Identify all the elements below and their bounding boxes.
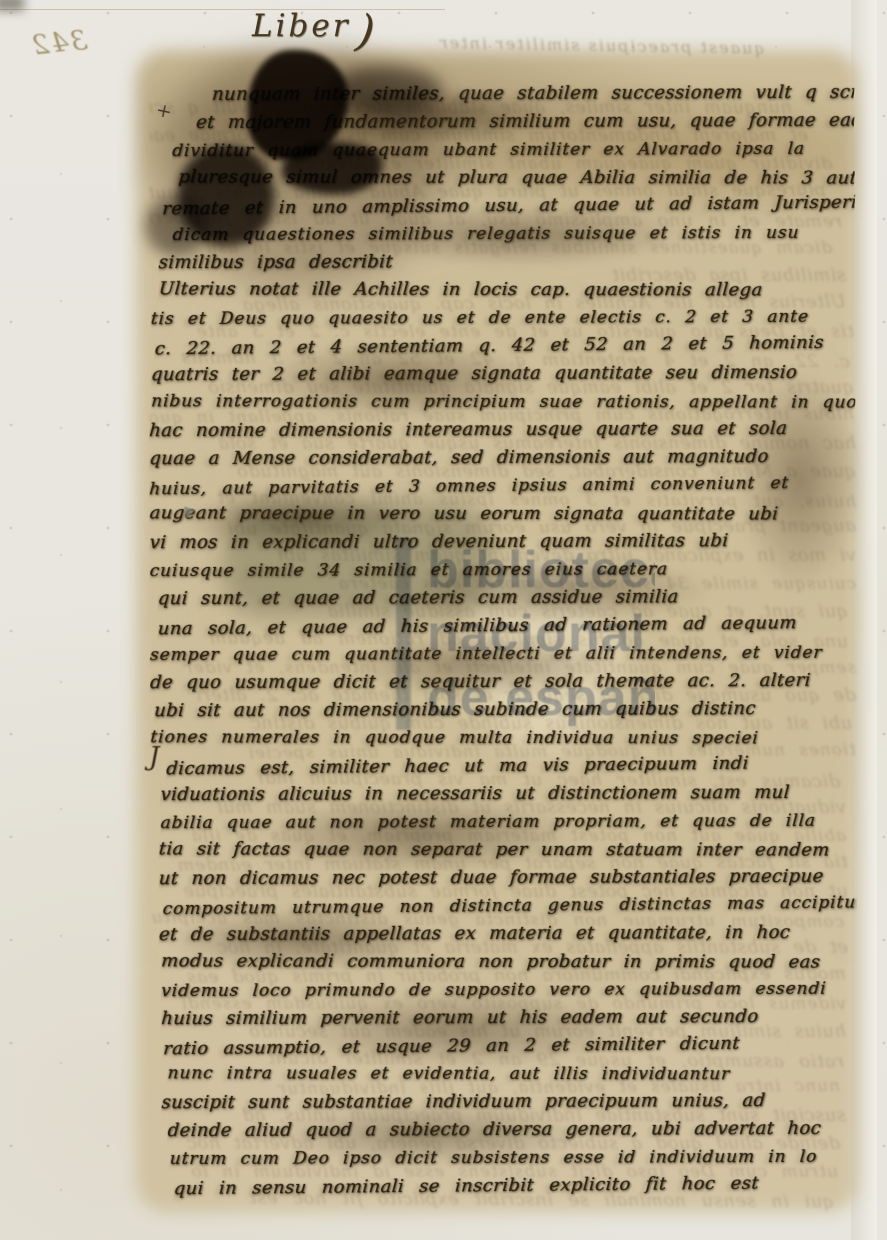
- manuscript-line: videmus loco primundo de supposito vero …: [160, 975, 858, 1005]
- manuscript-line: huius similium pervenit eorum ut his ead…: [160, 1003, 858, 1033]
- manuscript-line: deinde aliud quod a subiecto diversa gen…: [167, 1115, 859, 1145]
- ink-haze: [332, 66, 442, 114]
- manuscript-line: modus explicandi communiora non probatur…: [160, 947, 858, 976]
- library-watermark: biblioteca nacional de españa: [396, 538, 655, 730]
- manuscript-line: nunc intra usuales et evidentia, aut ill…: [167, 1059, 859, 1088]
- manuscript-scan-page: nunquam inter similes, quae stabilem suc…: [0, 0, 887, 1240]
- manuscript-line: suscipit sunt substantiae individuum pra…: [161, 1087, 859, 1117]
- ink-smudge: [145, 196, 207, 256]
- watermark-line: biblioteca: [427, 538, 655, 602]
- manuscript-line: qui in sensu nominali se inscribit expli…: [173, 1169, 859, 1204]
- manuscript-line: tia sit factas quae non separat per unam…: [158, 835, 858, 864]
- title-flourish: ): [353, 5, 377, 58]
- margin-paragraph-mark: J: [149, 742, 159, 772]
- manuscript-line: augeant praecipue in vero usu eorum sign…: [149, 499, 857, 528]
- manuscript-line: hac nomine dimensionis intereamus usque …: [148, 415, 856, 445]
- manuscript-line: viduationis alicuius in necessariis ut d…: [160, 779, 858, 809]
- watermark-text: biblioteca nacional de españa: [427, 538, 655, 730]
- manuscript-line: utrum cum Deo ipso dicit subsistens esse…: [169, 1143, 859, 1173]
- manuscript-line: compositum utrumque non distincta genus …: [162, 889, 858, 924]
- manuscript-line: quatris ter 2 et alibi eamque signata qu…: [150, 359, 856, 389]
- manuscript-line: abilia quae aut non potest materiam prop…: [160, 807, 858, 837]
- watermark-bar: [396, 538, 411, 730]
- manuscript-line: dicamus est, similiter haec ut ma vis pr…: [165, 749, 857, 784]
- manuscript-line: et de substantiis appellatas ex materia …: [158, 919, 858, 949]
- ink-blot-lobe: [282, 142, 382, 194]
- page-title-text: Liber: [252, 8, 351, 44]
- folio-number: 342: [29, 25, 89, 62]
- manuscript-line: ratio assumptio, et usque 29 an 2 et sim…: [162, 1029, 858, 1064]
- watermark-line: de españa: [427, 666, 655, 730]
- manuscript-line: huius, aut parvitatis et 3 omnes ipsius …: [148, 469, 856, 504]
- page-title: Liber): [252, 6, 374, 57]
- manuscript-line: nibus interrogationis cum principium sua…: [150, 387, 856, 416]
- watermark-line: nacional: [427, 602, 655, 666]
- manuscript-line: ut non dicamus nec potest duae formae su…: [158, 863, 858, 893]
